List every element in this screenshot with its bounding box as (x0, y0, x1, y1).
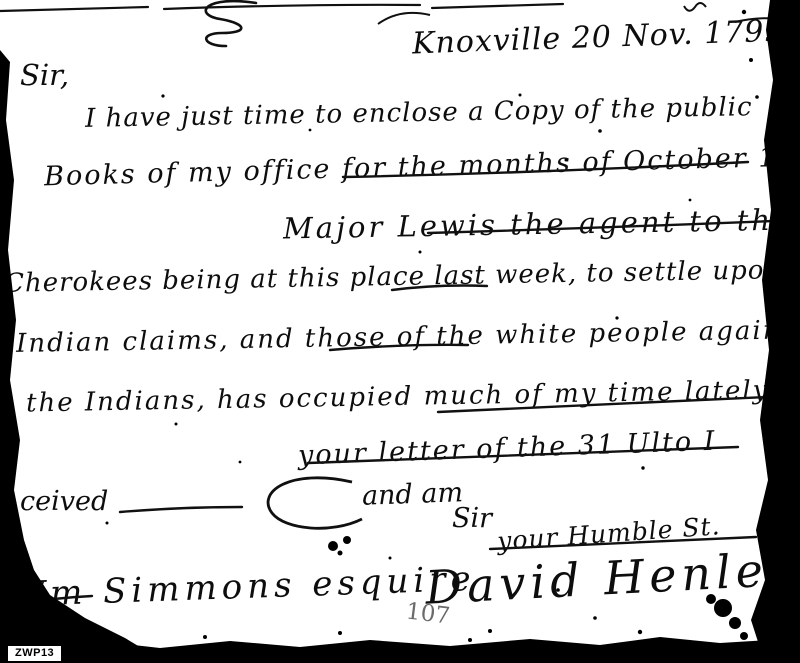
letter-body-line: ceived (20, 486, 108, 517)
letter-body-line: Cherokees being at this place last week,… (4, 255, 783, 299)
scan-border-bottom (0, 637, 800, 663)
letter-dateline: Knoxville 20 Nov. 1799 (412, 14, 786, 62)
pen-flourish-c-loop (268, 478, 362, 528)
letter-closing-and-am: and am (361, 477, 463, 512)
scanned-letter-page: Knoxville 20 Nov. 1799 Sir, I have just … (0, 0, 800, 663)
page-number: 107 (405, 598, 452, 629)
letter-body-line: I have just time to enclose a Copy of th… (85, 92, 753, 134)
letter-closing-sir: Sir (452, 503, 492, 534)
letter-body-line: Books of my office for the months of Oct… (44, 141, 800, 193)
letter-salutation: Sir, (20, 58, 69, 92)
letter-signature: David Henley (424, 541, 800, 614)
letter-body-line: Indian claims, and those of the white pe… (16, 315, 800, 359)
letter-body-line: the Indians, has occupied much of my tim… (26, 376, 770, 419)
pen-flourish-squiggle (684, 3, 706, 11)
pen-flourish-curve (378, 13, 430, 24)
pen-stroke-top-rule (0, 4, 563, 11)
frame-label: ZWP13 (8, 646, 61, 661)
pen-flourish-spiral (206, 1, 256, 46)
letter-body-line: your letter of the 31 Ulto I (298, 426, 717, 472)
letter-body-line: Major Lewis the agent to the (283, 203, 794, 246)
